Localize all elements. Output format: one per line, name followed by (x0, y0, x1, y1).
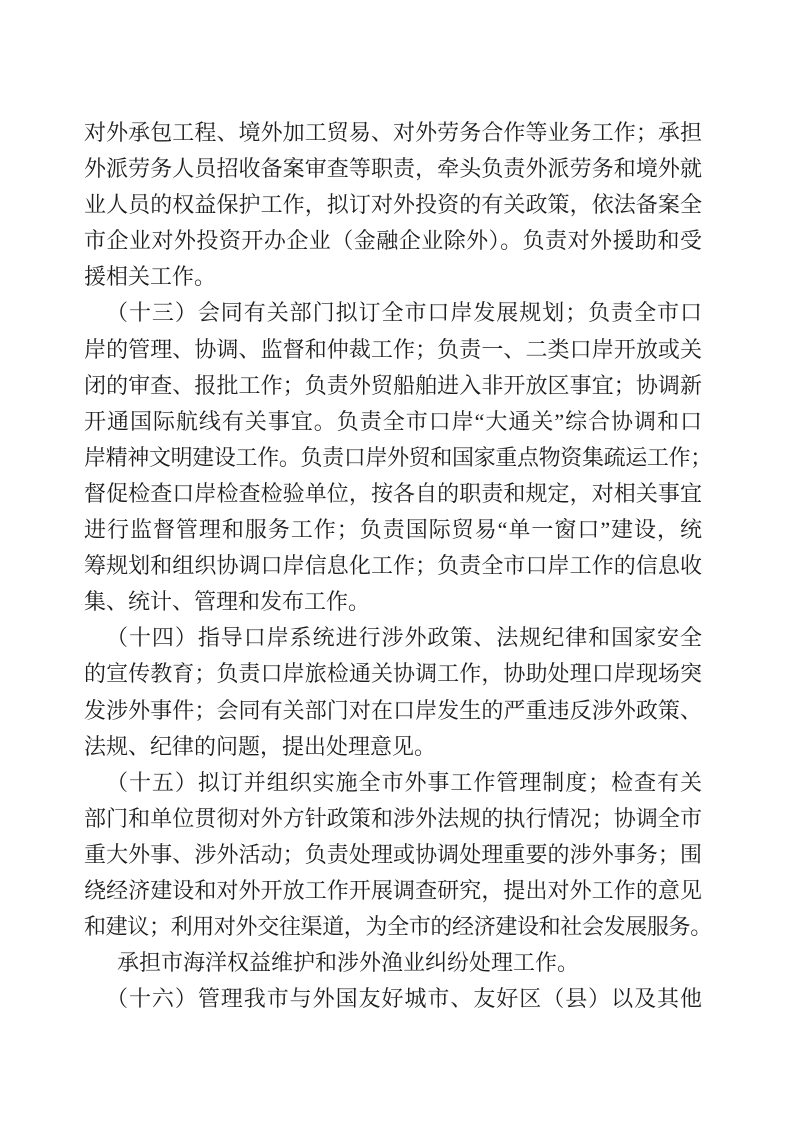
text-line: 集、统计、管理和发布工作。 (84, 584, 702, 620)
text-line: 的宣传教育；负责口岸旅检通关协调工作，协助处理口岸现场突 (84, 656, 702, 692)
text-line: 进行监督管理和服务工作；负责国际贸易“单一窗口”建设，统 (84, 512, 702, 548)
text-line: 法规、纪律的问题，提出处理意见。 (84, 729, 702, 765)
text-line: 市企业对外投资开办企业（金融企业除外）。负责对外援助和受 (84, 223, 702, 259)
text-line: 和建议；利用对外交往渠道，为全市的经济建设和社会发展服务。 (84, 909, 702, 945)
document-page: 对外承包工程、境外加工贸易、对外劳务合作等业务工作；承担 外派劳务人员招收备案审… (0, 0, 793, 1122)
text-line: 承担市海洋权益维护和涉外渔业纠纷处理工作。 (84, 945, 702, 981)
text-line: 岸的管理、协调、监督和仲裁工作；负责一、二类口岸开放或关 (84, 332, 702, 368)
text-line: 督促检查口岸检查检验单位，按各自的职责和规定，对相关事宜 (84, 476, 702, 512)
text-line: 外派劳务人员招收备案审查等职责，牵头负责外派劳务和境外就 (84, 151, 702, 187)
text-line: 绕经济建设和对外开放工作开展调查研究，提出对外工作的意见 (84, 873, 702, 909)
text-line: 发涉外事件；会同有关部门对在口岸发生的严重违反涉外政策、 (84, 693, 702, 729)
text-line: 部门和单位贯彻对外方针政策和涉外法规的执行情况；协调全市 (84, 801, 702, 837)
text-line: （十五）拟订并组织实施全市外事工作管理制度；检查有关 (84, 765, 702, 801)
text-line: （十三）会同有关部门拟订全市口岸发展规划；负责全市口 (84, 295, 702, 331)
text-line: （十四）指导口岸系统进行涉外政策、法规纪律和国家安全 (84, 620, 702, 656)
text-line: （十六）管理我市与外国友好城市、友好区（县）以及其他 (84, 981, 702, 1017)
text-line: 重大外事、涉外活动；负责处理或协调处理重要的涉外事务；围 (84, 837, 702, 873)
text-line: 岸精神文明建设工作。负责口岸外贸和国家重点物资集疏运工作； (84, 440, 702, 476)
text-line: 对外承包工程、境外加工贸易、对外劳务合作等业务工作；承担 (84, 115, 702, 151)
text-line: 开通国际航线有关事宜。负责全市口岸“大通关”综合协调和口 (84, 404, 702, 440)
document-text-block: 对外承包工程、境外加工贸易、对外劳务合作等业务工作；承担 外派劳务人员招收备案审… (84, 115, 702, 1017)
text-line: 筹规划和组织协调口岸信息化工作；负责全市口岸工作的信息收 (84, 548, 702, 584)
text-line: 闭的审查、报批工作；负责外贸船舶进入非开放区事宜；协调新 (84, 368, 702, 404)
text-line: 援相关工作。 (84, 259, 702, 295)
text-line: 业人员的权益保护工作，拟订对外投资的有关政策，依法备案全 (84, 187, 702, 223)
